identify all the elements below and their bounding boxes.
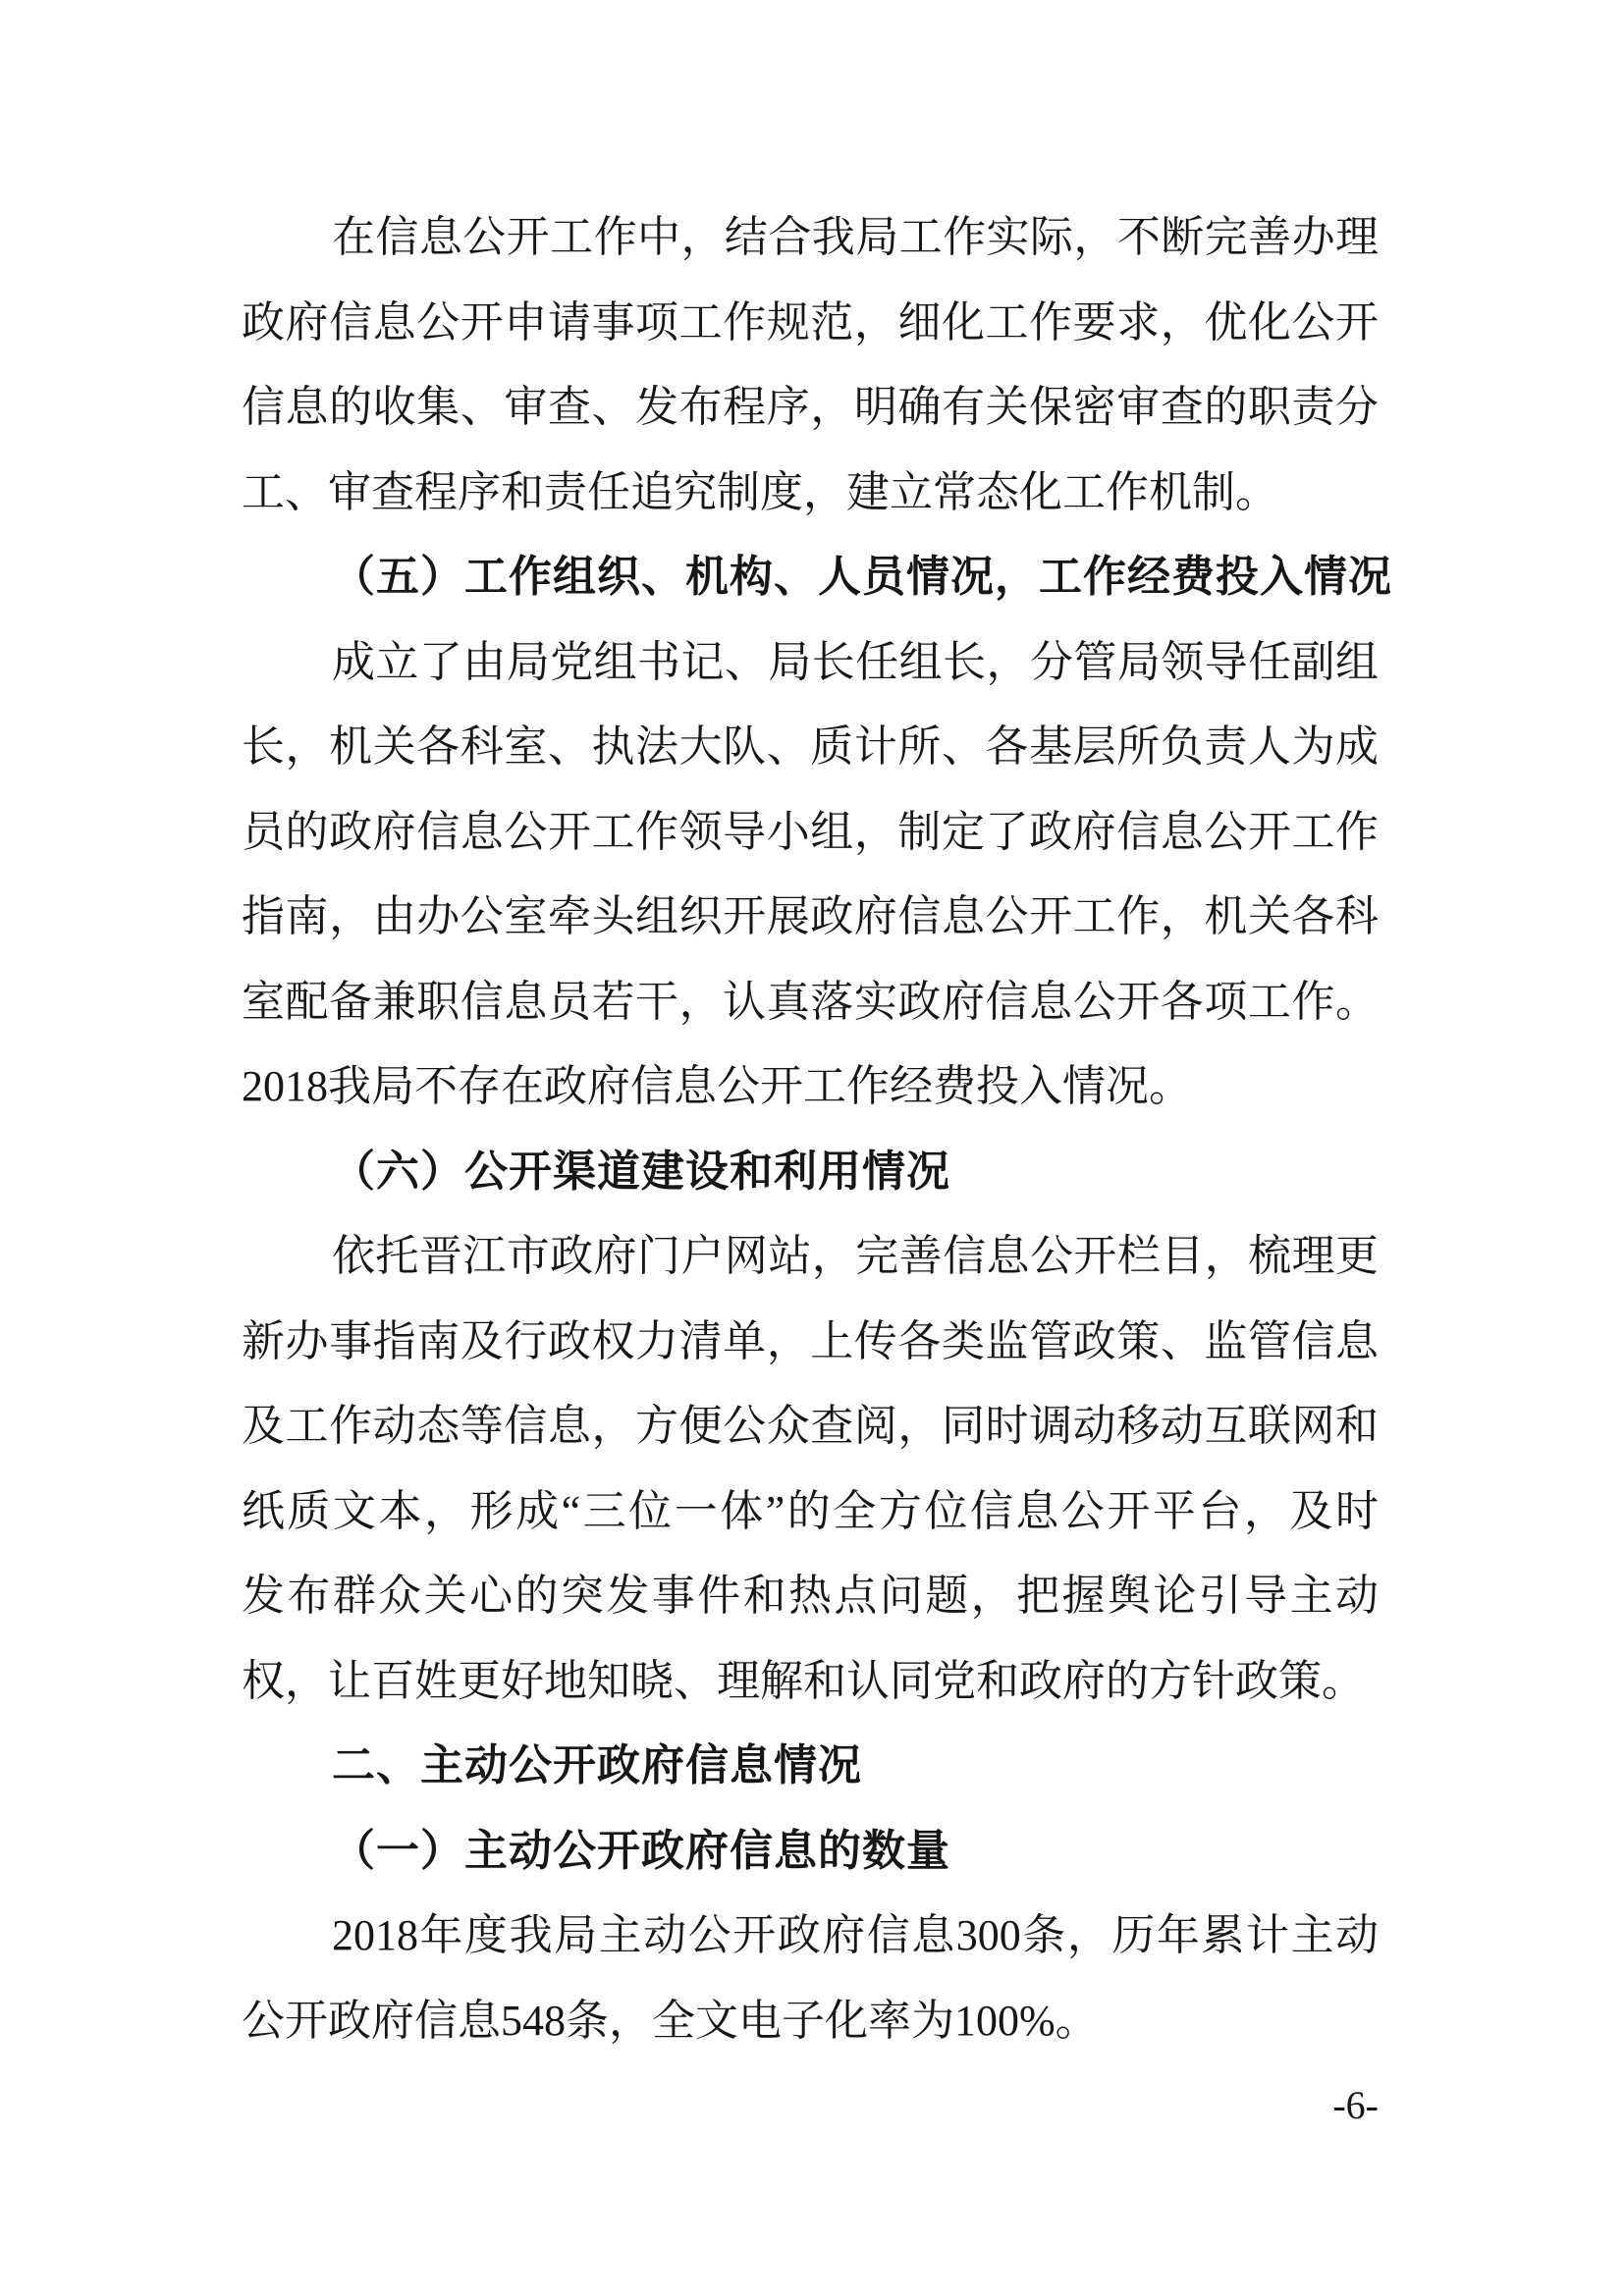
paragraph-line: 在信息公开工作中，结合我局工作实际，不断完善办理	[242, 195, 1379, 281]
paragraph-line: 发布群众关心的突发事件和热点问题，把握舆论引导主动	[242, 1554, 1379, 1639]
paragraph-line: 政府信息公开申请事项工作规范，细化工作要求，优化公开	[242, 281, 1379, 366]
paragraph-line: 及工作动态等信息，方便公众查阅，同时调动移动互联网和	[242, 1384, 1379, 1469]
paragraph-line: 公开政府信息548条，全文电子化率为100%。	[242, 1979, 1379, 2064]
paragraph-line: 依托晋江市政府门户网站，完善信息公开栏目，梳理更	[242, 1214, 1379, 1300]
paragraph-line: 成立了由局党组书记、局长任组长，分管局领导任副组	[242, 620, 1379, 706]
paragraph-line: 信息的收集、审查、发布程序，明确有关保密审查的职责分	[242, 365, 1379, 451]
page-number: -6-	[242, 2079, 1379, 2132]
section-heading: （五）工作组织、机构、人员情况，工作经费投入情况	[242, 535, 1379, 620]
document-body: 在信息公开工作中，结合我局工作实际，不断完善办理政府信息公开申请事项工作规范，细…	[242, 195, 1379, 2063]
paragraph-line: 员的政府信息公开工作领导小组，制定了政府信息公开工作	[242, 790, 1379, 876]
paragraph-line: 2018年度我局主动公开政府信息300条，历年累计主动	[242, 1894, 1379, 1979]
paragraph-line: 2018我局不存在政府信息公开工作经费投入情况。	[242, 1044, 1379, 1130]
paragraph-line: 指南，由办公室牵头组织开展政府信息公开工作，机关各科	[242, 875, 1379, 960]
paragraph-line: 长，机关各科室、执法大队、质计所、各基层所负责人为成	[242, 705, 1379, 790]
section-heading: （六）公开渠道建设和利用情况	[242, 1130, 1379, 1215]
paragraph-line: 室配备兼职信息员若干，认真落实政府信息公开各项工作。	[242, 960, 1379, 1045]
section-heading: 二、主动公开政府信息情况	[242, 1724, 1379, 1809]
paragraph-line: 权，让百姓更好地知晓、理解和认同党和政府的方针政策。	[242, 1639, 1379, 1725]
section-heading: （一）主动公开政府信息的数量	[242, 1809, 1379, 1895]
paragraph-line: 工、审查程序和责任追究制度，建立常态化工作机制。	[242, 451, 1379, 536]
paragraph-line: 新办事指南及行政权力清单，上传各类监管政策、监管信息	[242, 1300, 1379, 1385]
paragraph-line: 纸质文本，形成“三位一体”的全方位信息公开平台，及时	[242, 1469, 1379, 1555]
document-page: 在信息公开工作中，结合我局工作实际，不断完善办理政府信息公开申请事项工作规范，细…	[0, 0, 1624, 2296]
